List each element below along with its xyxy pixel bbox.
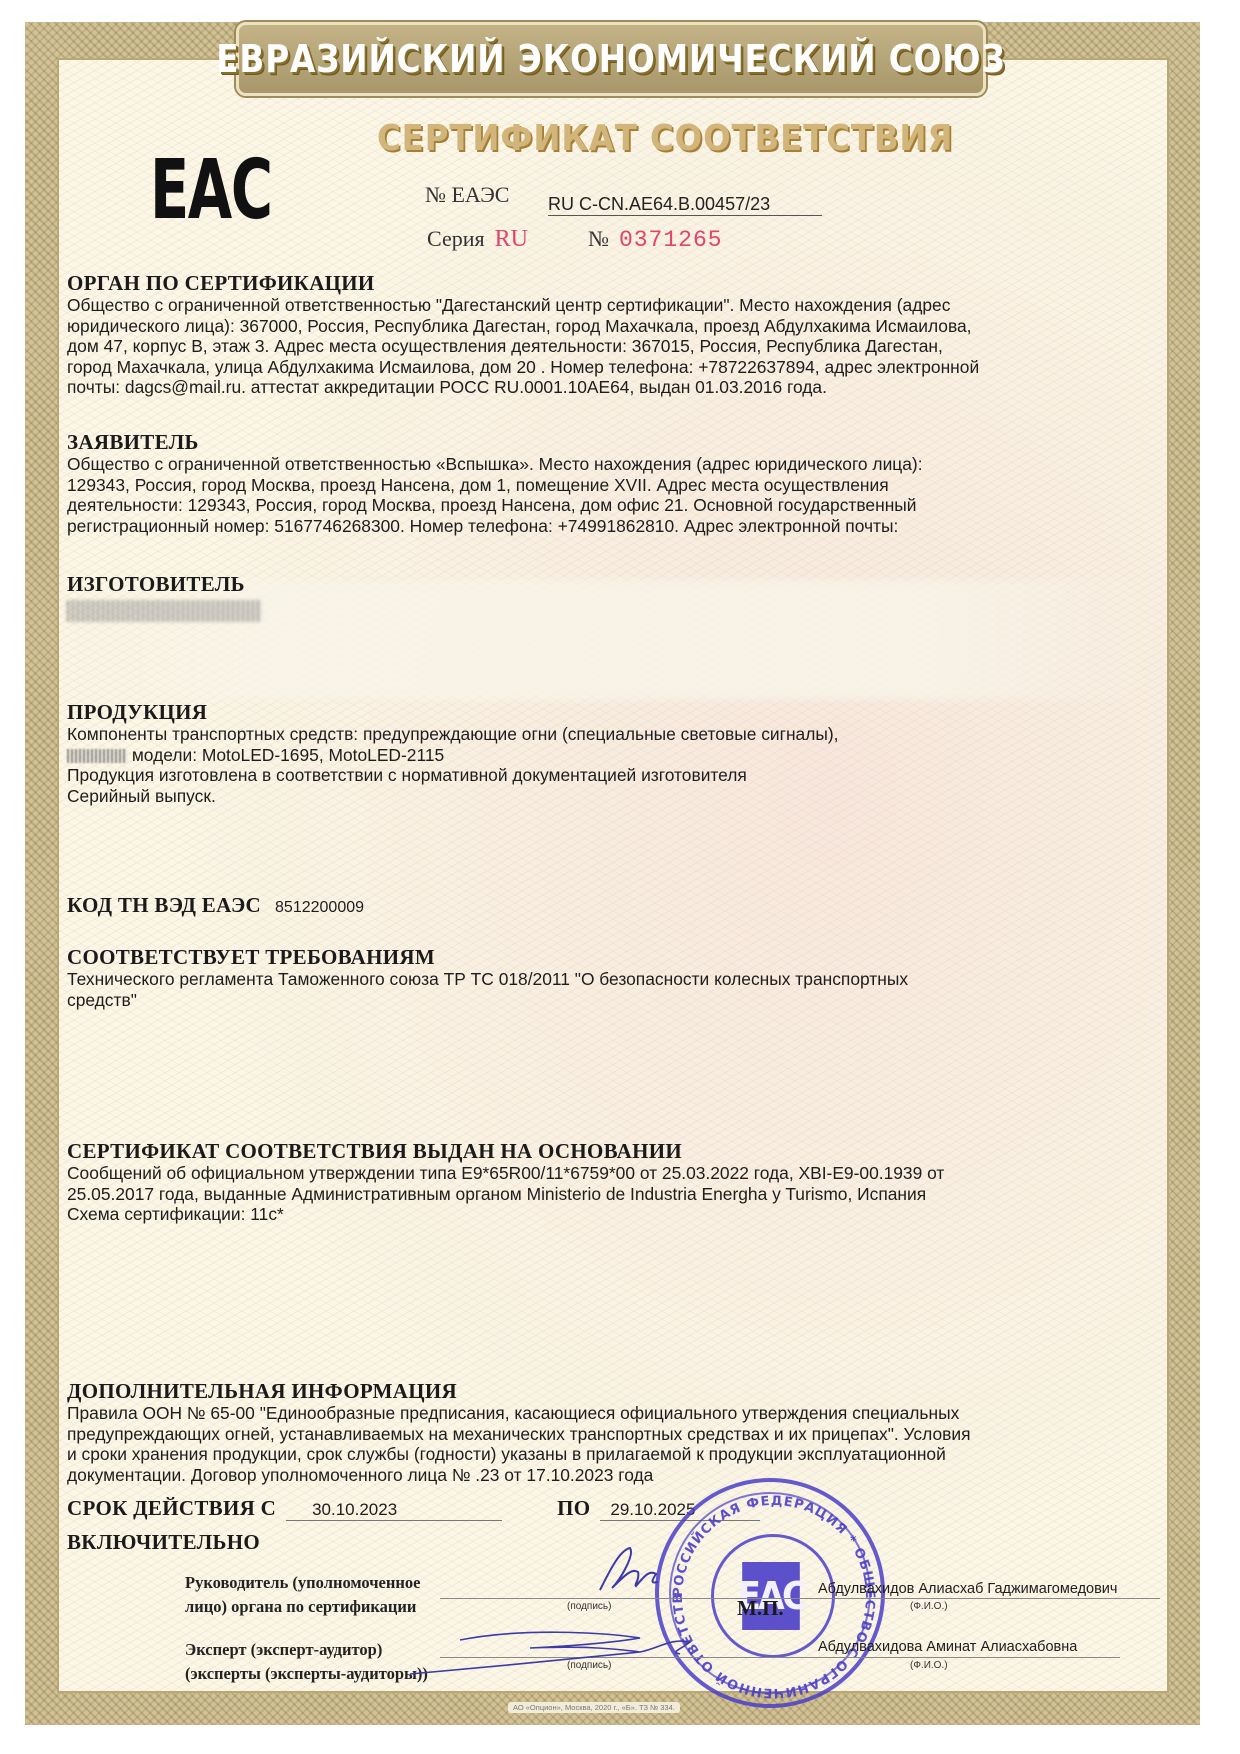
applicant-text: Общество с ограниченной ответственностью… (67, 454, 1167, 536)
head-signatory-label: Руководитель (уполномоченное лицо) орган… (185, 1571, 420, 1619)
serial-number: 0371265 (619, 227, 723, 253)
redacted-manufacturer-name (67, 600, 262, 622)
product-heading: ПРОДУКЦИЯ (67, 701, 1167, 724)
product-line-3: Продукция изготовлена в соответствии с н… (67, 765, 1167, 786)
validity-inclusive-label: ВКЛЮЧИТЕЛЬНО (67, 1531, 260, 1554)
requirements-text: Технического регламента Таможенного союз… (67, 969, 1167, 1010)
head-label-line-2: лицо) органа по сертификации (185, 1595, 420, 1619)
manufacturer-heading: ИЗГОТОВИТЕЛЬ (67, 573, 1167, 596)
head-signature-caption: (подпись) (567, 1601, 611, 1612)
validity-to-label: ПО (557, 1497, 590, 1520)
expert-name: Абдулвахидова Аминат Алиасхабовна (818, 1639, 1077, 1655)
certification-body-heading: ОРГАН ПО СЕРТИФИКАЦИИ (67, 272, 1167, 295)
series-label: Серия (427, 226, 485, 252)
product-line-4: Серийный выпуск. (67, 786, 1167, 807)
basis-section: СЕРТИФИКАТ СООТВЕТСТВИЯ ВЫДАН НА ОСНОВАН… (67, 1140, 1167, 1225)
product-line-1: Компоненты транспортных средств: предупр… (67, 724, 1167, 745)
manufacturer-section: ИЗГОТОВИТЕЛЬ (67, 573, 1167, 622)
tn-ved-section: КОД ТН ВЭД ЕАЭС 8512200009 (67, 894, 1167, 919)
requirements-section: СООТВЕТСТВУЕТ ТРЕБОВАНИЯМ Технического р… (67, 946, 1167, 1010)
applicant-heading: ЗАЯВИТЕЛЬ (67, 431, 1167, 454)
head-signature-line (440, 1598, 1160, 1599)
union-title: ЕВРАЗИЙСКИЙ ЭКОНОМИЧЕСКИЙ СОЮЗ (216, 37, 1005, 81)
validity-from-date: 30.10.2023 (286, 1500, 502, 1521)
requirements-heading: СООТВЕТСТВУЕТ ТРЕБОВАНИЯМ (67, 946, 1167, 969)
additional-info-heading: ДОПОЛНИТЕЛЬНАЯ ИНФОРМАЦИЯ (67, 1380, 1167, 1403)
head-name-caption: (Ф.И.О.) (910, 1601, 948, 1612)
redacted-brand (67, 749, 127, 763)
registration-label: № ЕАЭС (425, 182, 509, 208)
certification-body-text: Общество с ограниченной ответственностью… (67, 295, 1167, 398)
series-row: Серия RU № 0371265 (427, 226, 723, 253)
validity-from-label: СРОК ДЕЙСТВИЯ С (67, 1497, 276, 1520)
head-signature-icon (590, 1540, 670, 1600)
basis-heading: СЕРТИФИКАТ СООТВЕТСТВИЯ ВЫДАН НА ОСНОВАН… (67, 1140, 1167, 1163)
eac-logo-icon: ЕАС (150, 150, 272, 232)
series-value: RU (495, 226, 528, 253)
additional-info-text: Правила ООН № 65-00 "Единообразные предп… (67, 1403, 1167, 1485)
expert-name-caption: (Ф.И.О.) (910, 1660, 948, 1671)
tn-ved-heading: КОД ТН ВЭД ЕАЭС (67, 894, 261, 917)
seal-label: М.П. (737, 1596, 784, 1621)
certification-body-section: ОРГАН ПО СЕРТИФИКАЦИИ Общество с огранич… (67, 272, 1167, 398)
head-label-line-1: Руководитель (уполномоченное (185, 1571, 420, 1595)
union-banner: ЕВРАЗИЙСКИЙ ЭКОНОМИЧЕСКИЙ СОЮЗ (236, 22, 986, 96)
product-section: ПРОДУКЦИЯ Компоненты транспортных средст… (67, 701, 1167, 806)
product-line-2: модели: MotoLED-1695, MotoLED-2115 (132, 745, 444, 765)
serial-label: № (588, 226, 609, 252)
additional-info-section: ДОПОЛНИТЕЛЬНАЯ ИНФОРМАЦИЯ Правила ООН № … (67, 1380, 1167, 1485)
certificate-title: СЕРТИФИКАТ СООТВЕТСТВИЯ (377, 118, 863, 159)
expert-signature-icon (280, 1618, 710, 1678)
printer-imprint: АО «Опцион», Москва, 2020 г., «Б». ТЗ № … (508, 1702, 680, 1713)
product-line-2-row: модели: MotoLED-1695, MotoLED-2115 (67, 745, 1167, 766)
head-name: Абдулвахидов Алиасхаб Гаджимагомедович (818, 1581, 1117, 1597)
tn-ved-code: 8512200009 (275, 898, 364, 919)
registration-number: RU C-CN.АЕ64.В.00457/23 (548, 194, 822, 216)
validity-row: СРОК ДЕЙСТВИЯ С 30.10.2023 ПО 29.10.2025 (67, 1497, 760, 1521)
applicant-section: ЗАЯВИТЕЛЬ Общество с ограниченной ответс… (67, 431, 1167, 536)
basis-text: Сообщений об официальном утверждении тип… (67, 1163, 1167, 1225)
